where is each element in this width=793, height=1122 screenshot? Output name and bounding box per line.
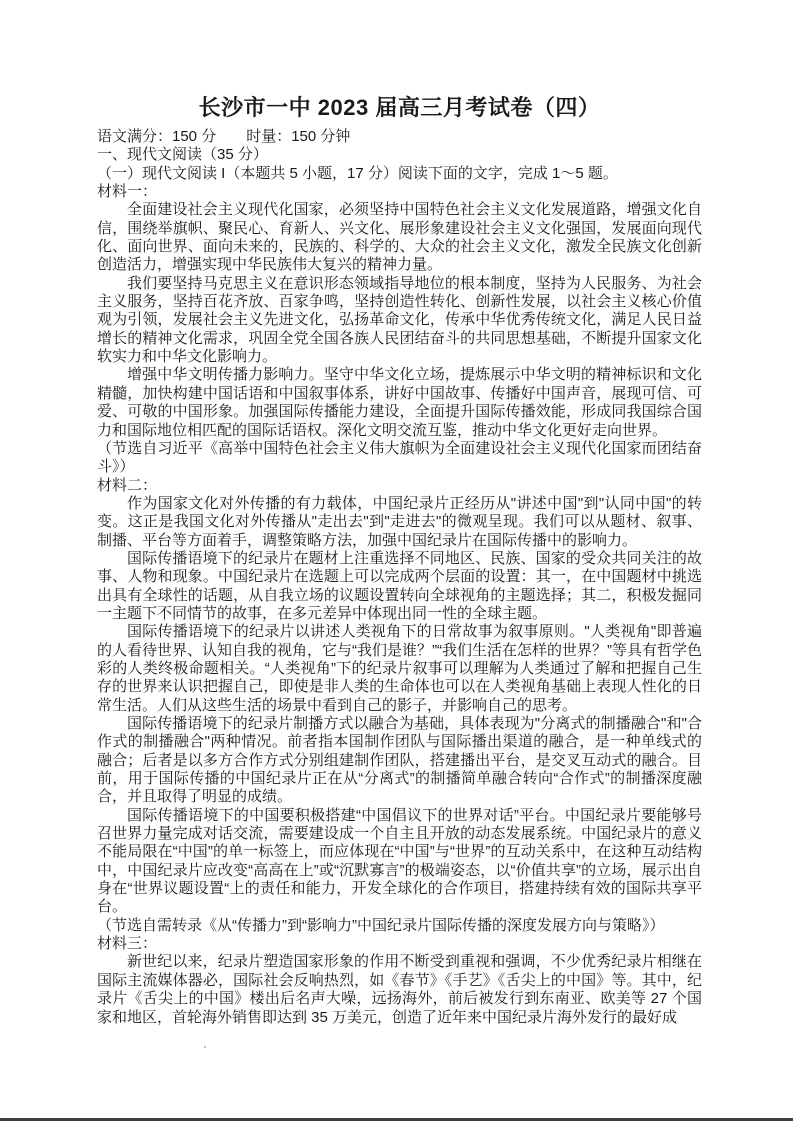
body-paragraph: 国际传播语境下的纪录片制播方式以融合为基础，具体表现为"分离式的制播融合"和"合…	[97, 715, 702, 807]
body-paragraph: 国际传播语境下的中国要积极搭建“中国倡议下的世界对话”平台。中国纪录片要能够号召…	[97, 807, 702, 917]
scan-artifact-dot	[204, 1046, 206, 1048]
body-paragraph: 作为国家文化对外传播的有力载体，中国纪录片正经历从"讲述中国"到"认同中国"的转…	[97, 495, 702, 550]
material-label: 材料三：	[97, 935, 702, 953]
subsection-heading: （一）现代文阅读 I（本题共 5 小题，17 分）阅读下面的文字，完成 1～5 …	[97, 165, 702, 183]
section-heading: 一、现代文阅读（35 分）	[97, 146, 702, 164]
body-paragraph: 增强中华文明传播力影响力。坚守中华文化立场，提炼展示中华文明的精神标识和文化精髓…	[97, 366, 702, 439]
material-label: 材料二：	[97, 477, 702, 495]
exam-paper-page: 长沙市一中 2023 届高三月考试卷（四） 语文满分：150 分 时量：150 …	[0, 0, 793, 1122]
body-paragraph: 我们要坚持马克思主义在意识形态领域指导地位的根本制度，坚持为人民服务、为社会主义…	[97, 275, 702, 367]
page-content: 长沙市一中 2023 届高三月考试卷（四） 语文满分：150 分 时量：150 …	[97, 94, 702, 1027]
body-paragraph: 新世纪以来，纪录片塑造国家形象的作用不断受到重视和强调，不少优秀纪录片相继在国际…	[97, 953, 702, 1026]
citation-line: （节选自需转录《从“传播力”到“影响力”中国纪录片国际传播的深度发展方向与策略》…	[97, 917, 702, 935]
body-paragraph: 全面建设社会主义现代化国家，必须坚持中国特色社会主义文化发展道路，增强文化自信，…	[97, 201, 702, 274]
page-title: 长沙市一中 2023 届高三月考试卷（四）	[97, 94, 702, 121]
citation-line: （节选自习近平《高举中国特色社会主义伟大旗帜为全面建设社会主义现代化国家而团结奋…	[97, 440, 702, 477]
material-label: 材料一：	[97, 183, 702, 201]
exam-meta-line: 语文满分：150 分 时量：150 分钟	[97, 128, 702, 146]
page-bottom-border	[0, 1118, 793, 1121]
body-paragraph: 国际传播语境下的纪录片以讲述人类视角下的日常故事为叙事原则。"人类视角"即普遍的…	[97, 623, 702, 715]
reading-materials: 材料一： 全面建设社会主义现代化国家，必须坚持中国特色社会主义文化发展道路，增强…	[97, 183, 702, 1027]
body-paragraph: 国际传播语境下的纪录片在题材上注重选择不同地区、民族、国家的受众共同关注的故事、…	[97, 550, 702, 623]
